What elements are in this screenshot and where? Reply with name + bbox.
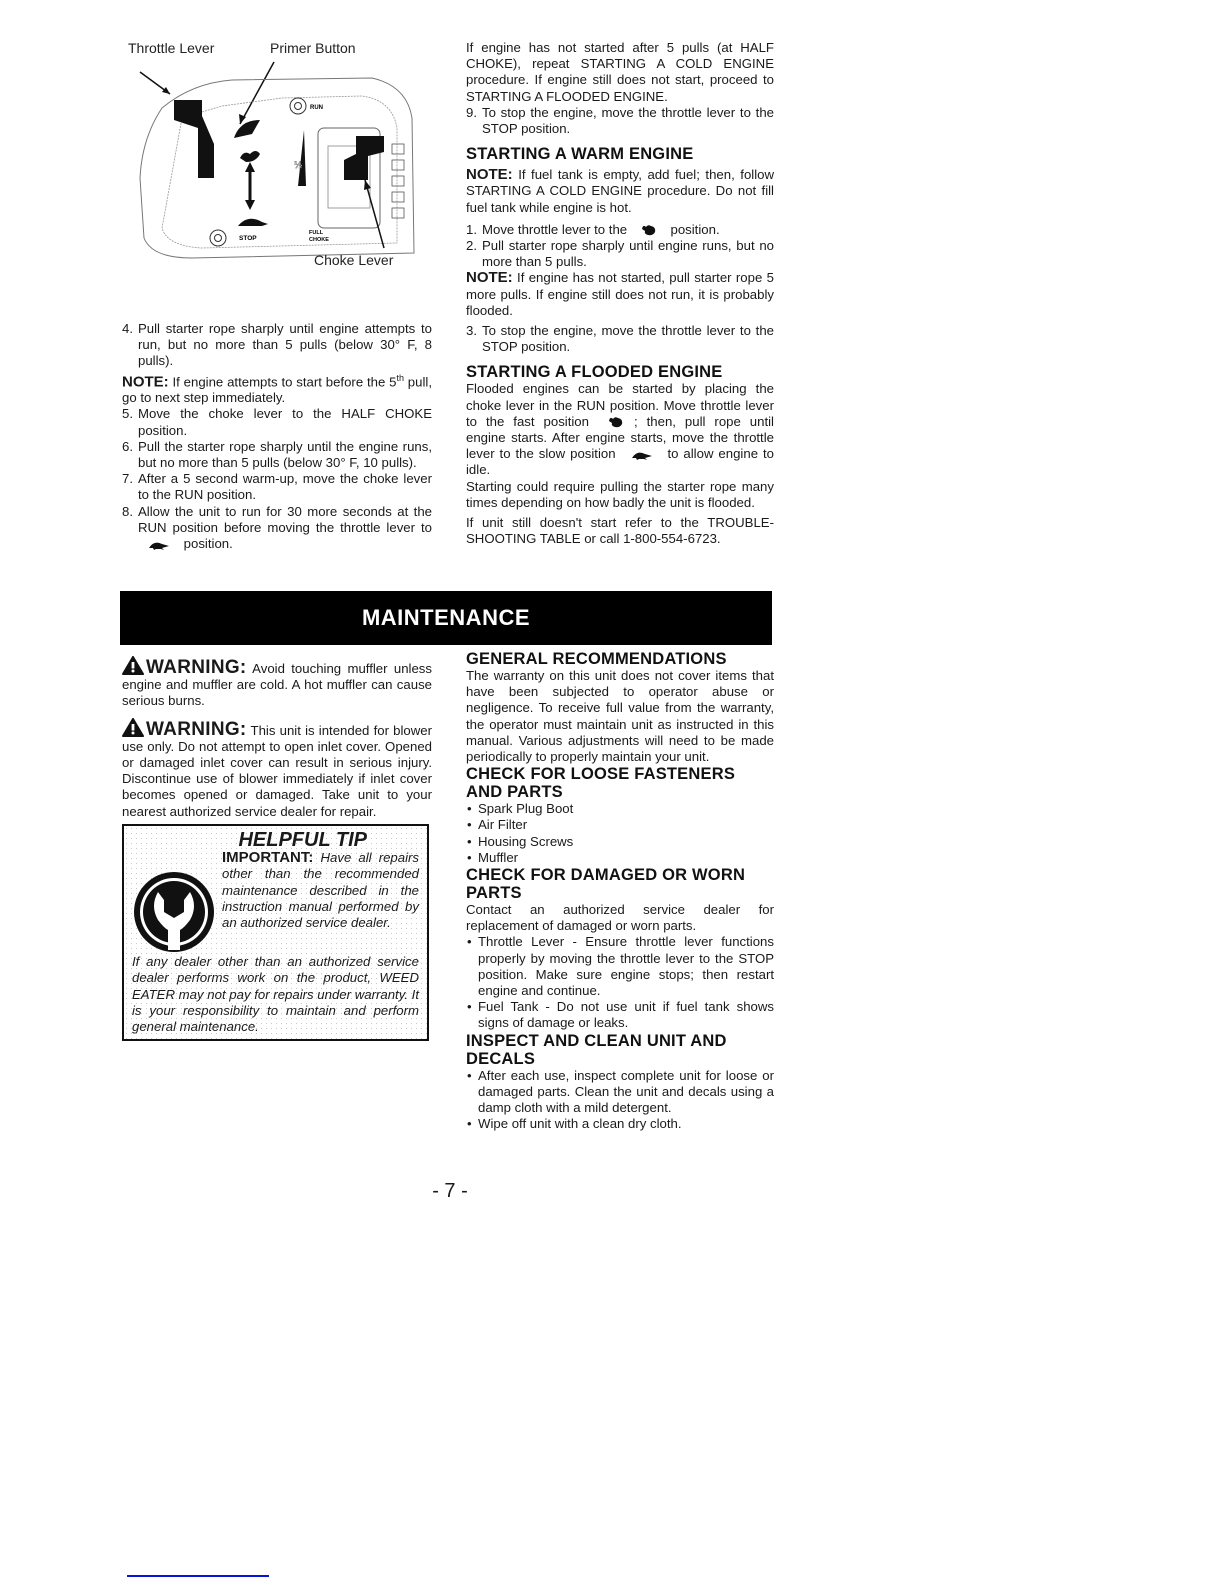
not-started-paragraph: If engine has not started after 5 pulls … [466,40,774,105]
general-recommendations-text: The warranty on this unit does not cover… [466,668,774,765]
warm-step-2: 2. Pull starter rope sharply until engin… [466,238,774,270]
wrench-icon [132,870,216,954]
primer-button-label: Primer Button [270,40,356,56]
step-9: 9. To stop the engine, move the throttle… [466,105,774,137]
warning-muffler: WARNING: Avoid touching muffler unless e… [122,656,432,710]
svg-text:FULL: FULL [309,230,324,236]
list-item: •Muffler [466,850,774,866]
step-4: 4. Pull starter rope sharply until engin… [122,321,432,370]
svg-text:RUN: RUN [310,105,323,111]
check-damaged-text: Contact an authorized service dealer for… [466,902,774,934]
step-6: 6. Pull the starter rope sharply until t… [122,439,432,471]
flooded-paragraph-3: If unit still doesn't start refer to the… [466,515,774,547]
check-loose-heading: CHECK FOR LOOSE FASTENERS AND PARTS [466,765,774,801]
note-fifth-pull: NOTE: If engine attempts to start before… [122,370,432,407]
throttle-lever-label: Throttle Lever [128,40,214,56]
step-5: 5. Move the choke lever to the HALF CHOK… [122,406,432,438]
rabbit-fast-icon [641,223,657,237]
list-item: •Air Filter [466,817,774,833]
control-panel-diagram: Throttle Lever Primer Button RUN [122,40,422,275]
list-item: •Housing Screws [466,834,774,850]
warning-triangle-icon [122,718,144,737]
flooded-paragraph-1: Flooded engines can be started by placin… [466,381,774,478]
svg-text:CHOKE: CHOKE [309,237,329,243]
footer-link-underline [127,1575,269,1577]
cold-start-column: Throttle Lever Primer Button RUN [122,40,432,552]
step-8: 8. Allow the unit to run for 30 more sec… [122,504,432,553]
maintenance-title: MAINTENANCE [362,605,530,631]
warnings-column: WARNING: Avoid touching muffler unless e… [122,656,432,1041]
check-damaged-heading: CHECK FOR DAMAGED OR WORN PARTS [466,866,774,902]
list-item: •Fuel Tank - Do not use unit if fuel tan… [466,999,774,1031]
flooded-engine-heading: STARTING A FLOODED ENGINE [466,363,774,381]
list-item: •Spark Plug Boot [466,801,774,817]
inspect-clean-list: •After each use, inspect complete unit f… [466,1068,774,1133]
helpful-tip-box: HELPFUL TIP IMPORTANT: Have all repairs … [122,824,429,1041]
maintenance-column: GENERAL RECOMMENDATIONS The warranty on … [466,650,774,1132]
warm-note-2: NOTE: If engine has not started, pull st… [466,270,774,319]
warm-engine-heading: STARTING A WARM ENGINE [466,145,774,163]
turtle-slow-icon [148,540,170,550]
maintenance-banner: MAINTENANCE [120,591,772,645]
list-item: •After each use, inspect complete unit f… [466,1068,774,1117]
check-damaged-list: •Throttle Lever - Ensure throttle lever … [466,934,774,1031]
warning-triangle-icon [122,656,144,675]
warm-flooded-column: If engine has not started after 5 pulls … [466,40,774,547]
list-item: •Throttle Lever - Ensure throttle lever … [466,934,774,999]
helpful-tip-body: If any dealer other than an authorized s… [132,954,419,1036]
control-panel-illustration: RUN STOP ½ FULL CHOKE [122,58,422,273]
warm-step-3: 3. To stop the engine, move the throttle… [466,323,774,355]
warning-inlet-cover: WARNING: This unit is intended for blowe… [122,718,432,820]
svg-text:½: ½ [294,160,302,171]
check-loose-list: •Spark Plug Boot •Air Filter •Housing Sc… [466,801,774,866]
svg-text:STOP: STOP [239,235,257,242]
page-number: - 7 - [0,1180,900,1203]
step-7: 7. After a 5 second warm-up, move the ch… [122,471,432,503]
helpful-tip-title: HELPFUL TIP [132,830,419,850]
general-recommendations-heading: GENERAL RECOMMENDATIONS [466,650,774,668]
list-item: •Wipe off unit with a clean dry cloth. [466,1116,774,1132]
warm-step-1: 1. Move throttle lever to the position. [466,222,774,238]
choke-lever-label: Choke Lever [314,252,393,268]
turtle-slow-icon [631,450,653,460]
flooded-paragraph-2: Starting could require pulling the start… [466,479,774,511]
rabbit-fast-icon [608,415,624,429]
warm-note-1: NOTE: If fuel tank is empty, add fuel; t… [466,167,774,216]
inspect-clean-heading: INSPECT AND CLEAN UNIT AND DECALS [466,1032,774,1068]
